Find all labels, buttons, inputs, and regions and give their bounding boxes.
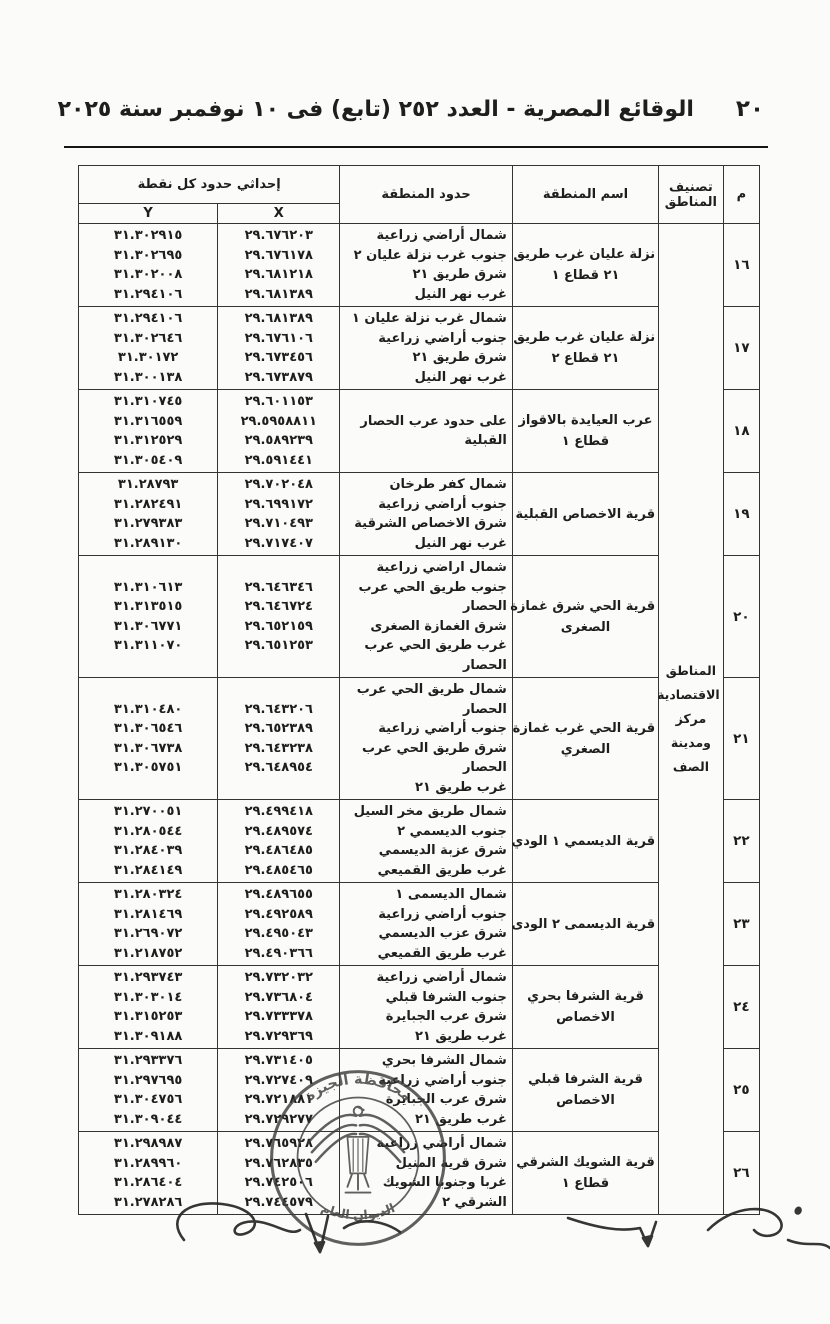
area-bounds-cell-line: جنوب أراضي زراعية [343, 905, 507, 925]
x-coords-cell-line: ٢٩.٧٣٣٣٧٨ [221, 1007, 336, 1027]
y-coords-cell-line: ٣١.٢٨١٤٦٩ [82, 905, 214, 925]
serial-cell-line: ٢٣ [727, 916, 756, 932]
table-header: م تصنيف المناطق اسم المنطقة حدود المنطقة… [79, 166, 760, 224]
area-bounds-cell-line: جنوب الشرفا قبلي [343, 988, 507, 1008]
area-name-cell-line: نزلة عليان غرب طريق [516, 327, 655, 348]
y-coords-cell: ٣١.٣١٠٧٤٥٣١.٣١٦٥٥٩٣١.٣١٢٥٢٩٣١.٣٠٥٤٠٩ [79, 390, 218, 473]
x-coords-cell-line: ٢٩.٧٣٦٨٠٤ [221, 988, 336, 1008]
header-rule [64, 146, 768, 148]
y-coords-cell-line: ٣١.٣٠٩١٨٨ [82, 1027, 214, 1047]
x-coords-cell-line: ٢٩.٦٧٣٨٧٩ [221, 368, 336, 388]
y-coords-cell-line: ٣١.٢٩٧٦٩٥ [82, 1071, 214, 1091]
x-coords-cell: ٢٩.٦٧٦٢٠٣٢٩.٦٧٦١٧٨٢٩.٦٨١٢١٨٢٩.٦٨١٣٨٩ [218, 224, 340, 307]
area-bounds-cell-line: الحصار [343, 700, 507, 720]
area-bounds-cell-line: غرب طريق الحي عرب [343, 636, 507, 656]
y-coords-cell-line: ٣١.٢٩٣٣٧٦ [82, 1051, 214, 1071]
x-coords-cell-line: ٢٩.٦٤٣٢٠٦ [221, 700, 336, 720]
area-bounds-cell-line: شرق الغمازة الصغرى [343, 617, 507, 637]
y-coords-cell-line: ٣١.٣٠٤٧٥٦ [82, 1090, 214, 1110]
serial-cell-line: ١٦ [727, 257, 756, 273]
x-coords-cell: ٢٩.٧٣٢٠٣٢٢٩.٧٣٦٨٠٤٢٩.٧٣٣٣٧٨٢٩.٧٢٩٣٦٩ [218, 966, 340, 1049]
area-name-cell-line: قرية الشويك الشرقي [516, 1152, 655, 1173]
area-bounds-cell-line: جنوب غرب نزلة عليان ٢ [343, 246, 507, 266]
area-name-cell: قرية الديسمى ٢ الودى [512, 883, 658, 966]
area-bounds-cell-line: شمال طريق الحي عرب [343, 680, 507, 700]
area-bounds-cell-line: شرق طريق ٢١ [343, 265, 507, 285]
y-coords-cell: ٣١.٢٧٠٠٥١٣١.٢٨٠٥٤٤٣١.٢٨٤٠٣٩٣١.٢٨٤١٤٩ [79, 800, 218, 883]
classification-cell-line: الاقتصادية [662, 683, 720, 707]
x-coords-cell-line: ٢٩.٧٠٢٠٤٨ [221, 475, 336, 495]
y-coords-cell-line: ٣١.٣١٠٤٨٠ [82, 700, 214, 720]
serial-cell: ٢٤ [723, 966, 759, 1049]
header-area-name: اسم المنطقة [512, 166, 658, 224]
area-bounds-cell: على حدود عرب الحصارالقبلية [340, 390, 513, 473]
x-coords-cell-line: ٢٩.٦٨١٢١٨ [221, 265, 336, 285]
area-name-cell-line: ٢١ قطاع ٢ [516, 348, 655, 369]
area-bounds-cell-line: شرق الاخصاص الشرقية [343, 514, 507, 534]
serial-cell: ٢٠ [723, 556, 759, 678]
x-coords-cell-line: ٢٩.٦٩٩١٧٢ [221, 495, 336, 515]
y-coords-cell-line: ٣١.٣١٣٥١٥ [82, 597, 214, 617]
y-coords-cell-line: ٣١.٢٩٤١٠٦ [82, 309, 214, 329]
classification-cell-line: مركز [662, 707, 720, 731]
y-coords-cell: ٣١.٢٩٣٧٤٣٣١.٣٠٣٠١٤٣١.٣١٥٢٥٣٣١.٣٠٩١٨٨ [79, 966, 218, 1049]
serial-cell-line: ٢٢ [727, 833, 756, 849]
y-coords-cell-line: ٣١.٣١٦٥٥٩ [82, 412, 214, 432]
area-bounds-cell-line: شرق عزب الديسمي [343, 924, 507, 944]
y-coords-cell-line: ٣١.٢٨٩٩٦٠ [82, 1154, 214, 1174]
x-coords-cell-line: ٢٩.٦٤٨٩٥٤ [221, 758, 336, 778]
y-coords-cell: ٣١.٣١٠٦١٣٣١.٣١٣٥١٥٣١.٣٠٦٧٧١٣١.٣١١٠٧٠ [79, 556, 218, 678]
serial-cell-line: ٢٤ [727, 999, 756, 1015]
y-coords-cell-line: ٣١.٣١٠٦١٣ [82, 578, 214, 598]
serial-cell-line: ١٨ [727, 423, 756, 439]
serial-cell-line: ٢٠ [727, 609, 756, 625]
table-row: ٢٤قرية الشرفا بحريالاخصاصشمال أراضي زراع… [79, 966, 760, 1049]
y-coords-cell-line: ٣١.٣٠٢٠٠٨ [82, 265, 214, 285]
table-row: ٢٢قرية الديسمي ١ الوديشمال طريق مخر السي… [79, 800, 760, 883]
table-row: ٢٠قرية الحي شرق غمازةالصغرىشمال اراضي زر… [79, 556, 760, 678]
area-bounds-cell-line: شرق طريق ٢١ [343, 348, 507, 368]
x-coords-cell-line: ٢٩.٦٨١٣٨٩ [221, 309, 336, 329]
classification-cell-line: ومدينة [662, 731, 720, 755]
page-title: الوقائع المصرية - العدد ٢٥٢ (تابع) فى ١٠… [58, 97, 694, 122]
x-coords-cell-line: ٢٩.٧٢٩٣٦٩ [221, 1027, 336, 1047]
serial-cell: ٢١ [723, 678, 759, 800]
x-coords-cell: ٢٩.٦٠١١٥٣٢٩.٥٩٥٨٨١١٢٩.٥٨٩٢٣٩٢٩.٥٩١٤٤١ [218, 390, 340, 473]
y-coords-cell: ٣١.٣٠٢٩١٥٣١.٣٠٢٦٩٥٣١.٣٠٢٠٠٨٣١.٢٩٤١٠٦ [79, 224, 218, 307]
y-coords-cell-line: ٣١.٢٨٤٠٣٩ [82, 841, 214, 861]
x-coords-cell-line: ٢٩.٧١٧٤٠٧ [221, 534, 336, 554]
area-bounds-cell-line: الحصار [343, 597, 507, 617]
y-coords-cell-line: ٣١.٣٠٥٧٥١ [82, 758, 214, 778]
y-coords-cell-line: ٣١.٣٠٢٦٩٥ [82, 246, 214, 266]
area-bounds-cell-line: شمال أراضي زراعية [343, 226, 507, 246]
x-coords-cell-line: ٢٩.٦٧٦٢٠٣ [221, 226, 336, 246]
y-coords-cell-line: ٣١.٢٨٢٤٩١ [82, 495, 214, 515]
classification-cell-line: المناطق [662, 659, 720, 683]
area-name-cell-line: قرية الديسمى ٢ الودى [516, 914, 655, 935]
x-coords-cell-line: ٢٩.٤٩٠٣٦٦ [221, 944, 336, 964]
header-y: Y [79, 204, 218, 224]
y-coords-cell-line: ٣١.٣٠٦٥٤٦ [82, 719, 214, 739]
y-coords-cell-line: ٣١.٣٠٦٧٧١ [82, 617, 214, 637]
y-coords-cell: ٣١.٢٩٤١٠٦٣١.٣٠٢٦٤٦٣١.٣٠١٧٢٣١.٣٠٠١٣٨ [79, 307, 218, 390]
y-coords-cell: ٣١.٢٩٣٣٧٦٣١.٢٩٧٦٩٥٣١.٣٠٤٧٥٦٣١.٣٠٩٠٤٤ [79, 1049, 218, 1132]
page-number: ٢٠ [736, 96, 764, 122]
eagle-emblem-icon [308, 1107, 408, 1193]
serial-cell: ٢٢ [723, 800, 759, 883]
area-bounds-cell: شمال غرب نزلة عليان ١جنوب أراضي زراعيةشر… [340, 307, 513, 390]
y-coords-cell: ٣١.٢٨٧٩٣٣١.٢٨٢٤٩١٣١.٢٧٩٣٨٣٣١.٢٨٩١٣٠ [79, 473, 218, 556]
area-name-cell-line: قرية الديسمي ١ الودي [516, 831, 655, 852]
x-coords-cell-line: ٢٩.٧٣٢٠٣٢ [221, 968, 336, 988]
y-coords-cell-line: ٣١.٣٠٣٠١٤ [82, 988, 214, 1008]
area-bounds-cell-line: غرب طريق ٢١ [343, 1027, 507, 1047]
header-area-bounds: حدود المنطقة [340, 166, 513, 224]
y-coords-cell-line: ٣١.٢٩٣٧٤٣ [82, 968, 214, 988]
area-bounds-cell: شمال طريق الحي عربالحصارجنوب أراضي زراعي… [340, 678, 513, 800]
serial-cell: ١٨ [723, 390, 759, 473]
area-bounds-cell-line: جنوب الديسمي ٢ [343, 822, 507, 842]
y-coords-cell-line: ٣١.٢٩٨٩٨٧ [82, 1134, 214, 1154]
area-bounds-cell-line: على حدود عرب الحصار [343, 412, 507, 432]
y-coords-cell-line: ٣١.٣٠٠١٣٨ [82, 368, 214, 388]
y-coords-cell-line: ٣١.٣١٥٢٥٣ [82, 1007, 214, 1027]
area-bounds-cell-line: القبلية [343, 431, 507, 451]
area-bounds-cell-line: جنوب أراضي زراعية [343, 719, 507, 739]
y-coords-cell-line: ٣١.٢٦٩٠٧٢ [82, 924, 214, 944]
x-coords-cell-line: ٢٩.٤٩٩٤١٨ [221, 802, 336, 822]
serial-cell-line: ٢٦ [727, 1165, 756, 1181]
area-bounds-cell-line: شمال اراضي زراعية [343, 558, 507, 578]
area-name-cell-line: ٢١ قطاع ١ [516, 265, 655, 286]
area-bounds-cell: شمال اراضي زراعيةجنوب طريق الحي عربالحصا… [340, 556, 513, 678]
x-coords-cell-line: ٢٩.٦٧٣٤٥٦ [221, 348, 336, 368]
area-name-cell: قرية الحي شرق غمازةالصغرى [512, 556, 658, 678]
signature-scribble [148, 1188, 830, 1288]
x-coords-cell: ٢٩.٧٠٢٠٤٨٢٩.٦٩٩١٧٢٢٩.٧١٠٤٩٣٢٩.٧١٧٤٠٧ [218, 473, 340, 556]
serial-cell: ٢٣ [723, 883, 759, 966]
seal-top-text: محافظة الجيزة [302, 1072, 414, 1105]
serial-cell-line: ٢٥ [727, 1082, 756, 1098]
x-coords-cell-line: ٢٩.٤٨٩٦٥٥ [221, 885, 336, 905]
area-name-cell-line: قرية الحي شرق غمازة [516, 596, 655, 617]
header-serial: م [723, 166, 759, 224]
x-coords-cell-line: ٢٩.٦٤٦٣٤٦ [221, 578, 336, 598]
x-coords-cell-line: ٢٩.٤٨٥٤٦٥ [221, 861, 336, 881]
area-bounds-cell-line: جنوب أراضي زراعية [343, 329, 507, 349]
zones-coordinates-table: م تصنيف المناطق اسم المنطقة حدود المنطقة… [78, 165, 760, 1215]
area-bounds-cell-line: شمال طريق مخر السيل [343, 802, 507, 822]
table-row: ١٧نزلة عليان غرب طريق٢١ قطاع ٢شمال غرب ن… [79, 307, 760, 390]
x-coords-cell-line: ٢٩.٦٧٦١٧٨ [221, 246, 336, 266]
header-coords-group: إحداثي حدود كل نقطة [79, 166, 340, 204]
area-name-cell-line: قرية الشرفا بحري [516, 986, 655, 1007]
x-coords-cell: ٢٩.٦٤٦٣٤٦٢٩.٦٤٦٧٢٤٢٩.٦٥٢١٥٩٢٩.٦٥١٢٥٣ [218, 556, 340, 678]
y-coords-cell-line: ٣١.٣١١٠٧٠ [82, 636, 214, 656]
area-name-cell-line: الاخصاص [516, 1090, 655, 1111]
area-bounds-cell: شمال طريق مخر السيلجنوب الديسمي ٢شرق عزب… [340, 800, 513, 883]
x-coords-cell-line: ٢٩.٦٠١١٥٣ [221, 392, 336, 412]
area-name-cell-line: الصغري [516, 739, 655, 760]
area-bounds-cell-line: غرب نهر النيل [343, 534, 507, 554]
area-bounds-cell: شمال كفر طرخانجنوب أراضي زراعيةشرق الاخص… [340, 473, 513, 556]
area-bounds-cell-line: غرب طريق القميعي [343, 944, 507, 964]
serial-cell-line: ١٧ [727, 340, 756, 356]
y-coords-cell-line: ٣١.٣٠٩٠٤٤ [82, 1110, 214, 1130]
area-name-cell-line: نزلة عليان غرب طريق [516, 244, 655, 265]
y-coords-cell-line: ٣١.٣٠٥٤٠٩ [82, 451, 214, 471]
area-name-cell-line: قرية الشرفا قبلي [516, 1069, 655, 1090]
area-name-cell-line: الاخصاص [516, 1007, 655, 1028]
area-bounds-cell-line: شمال غرب نزلة عليان ١ [343, 309, 507, 329]
serial-cell: ١٧ [723, 307, 759, 390]
x-coords-cell: ٢٩.٦٤٣٢٠٦٢٩.٦٥٢٣٨٩٢٩.٦٤٣٢٣٨٢٩.٦٤٨٩٥٤ [218, 678, 340, 800]
classification-cell-line: الصف [662, 755, 720, 779]
area-bounds-cell-line: جنوب طريق الحي عرب [343, 578, 507, 598]
x-coords-cell: ٢٩.٤٨٩٦٥٥٢٩.٤٩٢٥٨٩٢٩.٤٩٥٠٤٣٢٩.٤٩٠٣٦٦ [218, 883, 340, 966]
x-coords-cell-line: ٢٩.٥٩١٤٤١ [221, 451, 336, 471]
area-bounds-cell-line: غرب طريق ٢١ [343, 778, 507, 798]
y-coords-cell-line: ٣١.٢٨٤١٤٩ [82, 861, 214, 881]
x-coords-cell-line: ٢٩.٥٨٩٢٣٩ [221, 431, 336, 451]
y-coords-cell-line: ٣١.٢٧٩٣٨٣ [82, 514, 214, 534]
area-name-cell: نزلة عليان غرب طريق٢١ قطاع ٢ [512, 307, 658, 390]
area-bounds-cell-line: غرب نهر النيل [343, 285, 507, 305]
area-name-cell-line: قرية الحي غرب غمازة [516, 718, 655, 739]
y-coords-cell-line: ٣١.٢٨٠٣٢٤ [82, 885, 214, 905]
area-name-cell: قرية الحي غرب غمازةالصغري [512, 678, 658, 800]
area-name-cell: قرية الاخصاص القبلية [512, 473, 658, 556]
table-row: ٢٣قرية الديسمى ٢ الودىشمال الديسمى ١جنوب… [79, 883, 760, 966]
x-coords-cell: ٢٩.٦٨١٣٨٩٢٩.٦٧٦١٠٦٢٩.٦٧٣٤٥٦٢٩.٦٧٣٨٧٩ [218, 307, 340, 390]
area-bounds-cell-line: شمال كفر طرخان [343, 475, 507, 495]
x-coords-cell: ٢٩.٤٩٩٤١٨٢٩.٤٨٩٥٧٤٢٩.٤٨٦٤٨٥٢٩.٤٨٥٤٦٥ [218, 800, 340, 883]
serial-cell-line: ٢١ [727, 731, 756, 747]
y-coords-cell-line: ٣١.٢٩٤١٠٦ [82, 285, 214, 305]
x-coords-cell-line: ٢٩.٦٥٢١٥٩ [221, 617, 336, 637]
header-x: X [218, 204, 340, 224]
table-row: ١٩قرية الاخصاص القبليةشمال كفر طرخانجنوب… [79, 473, 760, 556]
y-coords-cell-line: ٣١.٢١٨٧٥٢ [82, 944, 214, 964]
y-coords-cell-line: ٣١.٣١٠٧٤٥ [82, 392, 214, 412]
area-bounds-cell-line: الحصار [343, 758, 507, 778]
y-coords-cell-line: ٣١.٢٨٩١٣٠ [82, 534, 214, 554]
x-coords-cell-line: ٢٩.٦٤٦٧٢٤ [221, 597, 336, 617]
y-coords-cell-line: ٣١.٢٧٠٠٥١ [82, 802, 214, 822]
area-name-cell: قرية الديسمي ١ الودي [512, 800, 658, 883]
classification-cell: المناطقالاقتصاديةمركزومدينةالصف [659, 224, 724, 1215]
x-coords-cell-line: ٢٩.٦٨١٣٨٩ [221, 285, 336, 305]
y-coords-cell: ٣١.٣١٠٤٨٠٣١.٣٠٦٥٤٦٣١.٣٠٦٧٣٨٣١.٣٠٥٧٥١ [79, 678, 218, 800]
gazette-page: ٢٠ الوقائع المصرية - العدد ٢٥٢ (تابع) فى… [0, 0, 830, 1324]
area-bounds-cell-line: شمال أراضي زراعية [343, 968, 507, 988]
area-bounds-cell-line: شرق عرب الجبايرة [343, 1007, 507, 1027]
serial-cell-line: ١٩ [727, 506, 756, 522]
area-name-cell-line: قرية الاخصاص القبلية [516, 504, 655, 525]
x-coords-cell-line: ٢٩.٧١٠٤٩٣ [221, 514, 336, 534]
y-coords-cell-line: ٣١.٣٠١٧٢ [82, 348, 214, 368]
y-coords-cell-line: ٣١.٢٨٠٥٤٤ [82, 822, 214, 842]
y-coords-cell: ٣١.٢٨٠٣٢٤٣١.٢٨١٤٦٩٣١.٢٦٩٠٧٢٣١.٢١٨٧٥٢ [79, 883, 218, 966]
area-name-cell: نزلة عليان غرب طريق٢١ قطاع ١ [512, 224, 658, 307]
area-name-cell-line: قطاع ١ [516, 431, 655, 452]
area-name-cell: عرب العيايدة بالاقوازقطاع ١ [512, 390, 658, 473]
x-coords-cell-line: ٢٩.٦٧٦١٠٦ [221, 329, 336, 349]
y-coords-cell-line: ٣١.٢٨٧٩٣ [82, 475, 214, 495]
x-coords-cell-line: ٢٩.٦٥١٢٥٣ [221, 636, 336, 656]
area-bounds-cell: شمال أراضي زراعيةجنوب غرب نزلة عليان ٢شر… [340, 224, 513, 307]
serial-cell: ١٩ [723, 473, 759, 556]
serial-cell: ٢٥ [723, 1049, 759, 1132]
area-name-cell: قرية الشرفا قبليالاخصاص [512, 1049, 658, 1132]
area-bounds-cell-line: غرب طريق القميعي [343, 861, 507, 881]
x-coords-cell-line: ٢٩.٤٨٦٤٨٥ [221, 841, 336, 861]
x-coords-cell-line: ٢٩.٤٨٩٥٧٤ [221, 822, 336, 842]
area-bounds-cell-line: جنوب أراضي زراعية [343, 495, 507, 515]
table-row: ١٨عرب العيايدة بالاقوازقطاع ١على حدود عر… [79, 390, 760, 473]
area-name-cell: قرية الشرفا بحريالاخصاص [512, 966, 658, 1049]
y-coords-cell-line: ٣١.٣١٢٥٢٩ [82, 431, 214, 451]
x-coords-cell-line: ٢٩.٦٥٢٣٨٩ [221, 719, 336, 739]
x-coords-cell-line: ٢٩.٥٩٥٨٨١١ [221, 412, 336, 432]
x-coords-cell-line: ٢٩.٦٤٣٢٣٨ [221, 739, 336, 759]
area-bounds-cell-line: شرق عزبة الديسمي [343, 841, 507, 861]
y-coords-cell-line: ٣١.٣٠٢٦٤٦ [82, 329, 214, 349]
area-bounds-cell-line: الحصار [343, 656, 507, 676]
y-coords-cell-line: ٣١.٣٠٢٩١٥ [82, 226, 214, 246]
area-bounds-cell: شمال الديسمى ١جنوب أراضي زراعيةشرق عزب ا… [340, 883, 513, 966]
table-row: ١٦المناطقالاقتصاديةمركزومدينةالصفنزلة عل… [79, 224, 760, 307]
y-coords-cell-line: ٣١.٣٠٦٧٣٨ [82, 739, 214, 759]
x-coords-cell-line: ٢٩.٤٩٢٥٨٩ [221, 905, 336, 925]
header-classification: تصنيف المناطق [659, 166, 724, 224]
area-name-cell-line: الصغرى [516, 617, 655, 638]
x-coords-cell-line: ٢٩.٤٩٥٠٤٣ [221, 924, 336, 944]
running-head: ٢٠ الوقائع المصرية - العدد ٢٥٢ (تابع) فى… [66, 96, 764, 122]
area-bounds-cell: شمال أراضي زراعيةجنوب الشرفا قبليشرق عرب… [340, 966, 513, 1049]
area-bounds-cell-line: شمال الديسمى ١ [343, 885, 507, 905]
area-bounds-cell-line: غرب نهر النيل [343, 368, 507, 388]
serial-cell: ١٦ [723, 224, 759, 307]
area-bounds-cell-line: شرق طريق الحي عرب [343, 739, 507, 759]
area-name-cell-line: عرب العيايدة بالاقواز [516, 410, 655, 431]
